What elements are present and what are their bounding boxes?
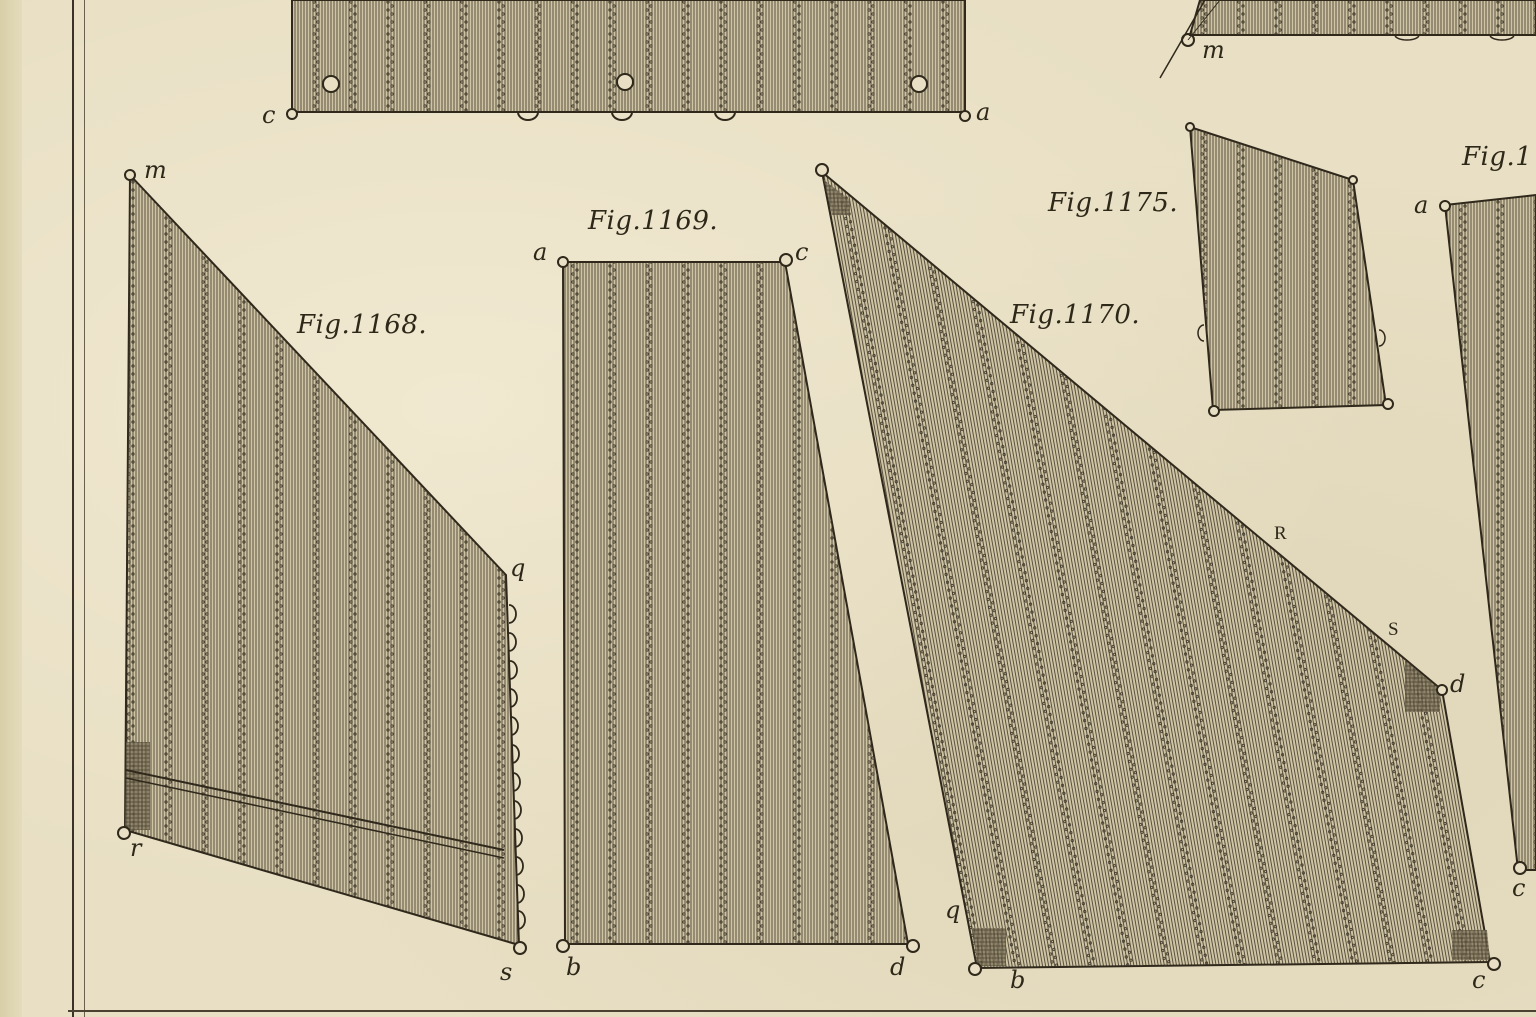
corner-label-d: d: [890, 955, 905, 979]
corner-label-c: c: [1512, 876, 1525, 900]
corner-label-b: b: [566, 955, 581, 979]
fig-1175-sail: [1186, 123, 1393, 416]
fig-1175-title: Fig.1175.: [1048, 190, 1178, 216]
fig-1168-sail: [118, 170, 526, 954]
corner-label-s: s: [500, 960, 512, 984]
mark-label-R: R: [1274, 524, 1287, 543]
corner-label-a: a: [1414, 193, 1428, 217]
sail-figures: [0, 0, 1536, 1017]
fig-1170-sail: [816, 164, 1500, 975]
corner-label-c: c: [795, 240, 808, 264]
fig-1170-title: Fig.1170.: [1010, 302, 1140, 328]
corner-label-b: b: [1010, 968, 1025, 992]
fig-1169-title: Fig.1169.: [588, 208, 718, 234]
corner-label-m: m: [144, 158, 167, 182]
top-left-partial-sail: [287, 0, 970, 121]
fig-1168-title: Fig.1168.: [297, 312, 427, 338]
corner-label-c: c: [1472, 968, 1485, 992]
corner-label-r: r: [130, 836, 141, 860]
fig-right-partial-title: Fig.1: [1462, 144, 1532, 170]
corner-label-a: a: [533, 240, 547, 264]
corner-label-c: c: [262, 103, 275, 127]
corner-label-m: m: [1202, 38, 1225, 62]
mark-label-S: S: [1388, 620, 1399, 639]
corner-label-q: q: [510, 556, 525, 580]
corner-label-a: a: [976, 100, 990, 124]
corner-label-q: q: [945, 898, 960, 922]
corner-label-d: d: [1450, 672, 1465, 696]
